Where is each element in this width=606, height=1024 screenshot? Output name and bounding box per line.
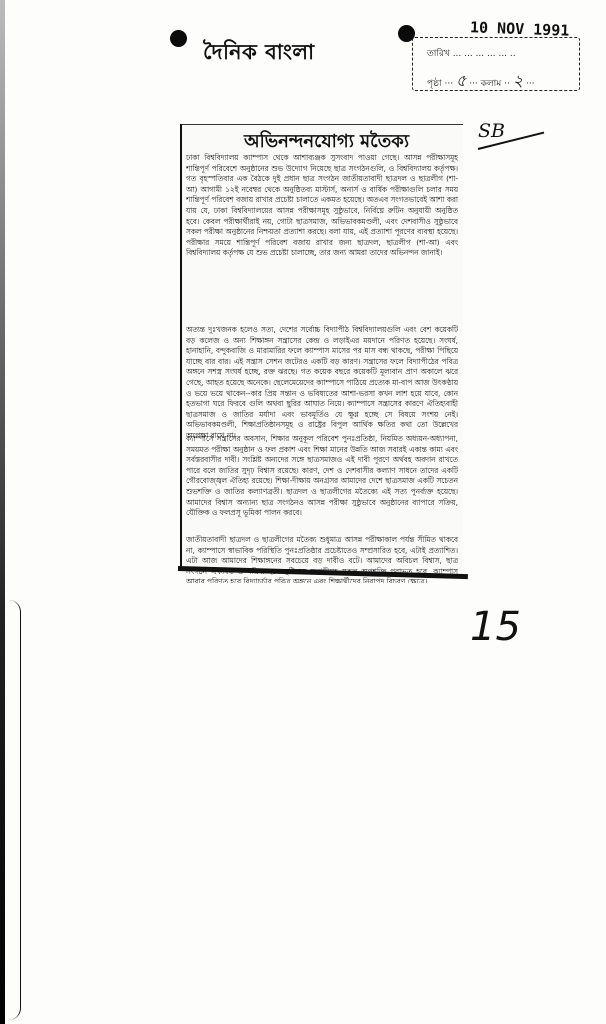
scan-edge-curve bbox=[4, 600, 21, 1020]
stamp-page-label: পৃষ্ঠা bbox=[427, 79, 442, 89]
archive-stamp: তারিখ ... ... ... ... ... .. পৃষ্ঠা ··· … bbox=[412, 37, 580, 91]
stamp-date-row: তারিখ ... ... ... ... ... .. bbox=[427, 46, 516, 61]
stamp-page-row: পৃষ্ঠা ··· ৫ ··· কলাম ·· ২ ··· bbox=[427, 68, 535, 95]
article-paragraph-1: ঢাকা বিশ্ববিদ্যালয় ক্যাম্পাস থেকে আশাব্… bbox=[186, 153, 458, 321]
article-clipping: অভিনন্দনযোগ্য মতৈক্য ঢাকা বিশ্ববিদ্যালয়… bbox=[180, 124, 463, 570]
article-paragraph-3: ক্যাম্পাসে সন্ত্রাসের অবসান, শিক্ষার অনু… bbox=[186, 434, 458, 536]
handwritten-page-number: 15 bbox=[470, 604, 521, 650]
stamp-column-value: ২ bbox=[513, 71, 523, 90]
punch-hole-left bbox=[170, 30, 187, 47]
stamp-date-label: তারিখ bbox=[427, 49, 450, 59]
stamp-page-value: ৫ bbox=[456, 71, 466, 90]
handwritten-initials: SB bbox=[478, 120, 505, 142]
newspaper-masthead: দৈনিক বাংলা bbox=[203, 36, 315, 71]
stamp-column-label: কলাম bbox=[481, 79, 502, 89]
